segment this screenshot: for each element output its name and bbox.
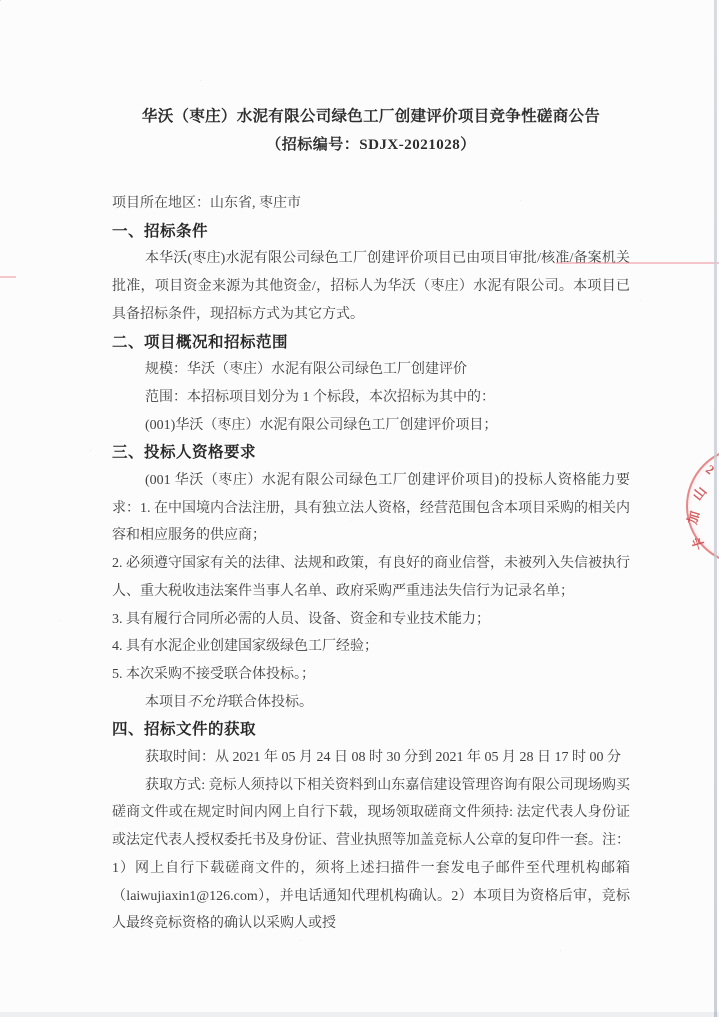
joint-bid-note-prefix: 本项目	[145, 695, 187, 710]
qualification-requirement-1: (001 华沃（枣庄）水泥有限公司绿色工厂创建评价项目)的投标人资格能力要求：1…	[112, 467, 630, 550]
seal-char: 加	[685, 509, 701, 525]
joint-bid-note-emphasis: 不允许	[187, 695, 229, 710]
scan-artifact-pink-line-right	[556, 262, 719, 264]
document-obtain-time-line: 获取时间：从 2021 年 05 月 24 日 08 时 30 分到 2021 …	[112, 744, 630, 772]
lot-001-line: (001)华沃（枣庄）水泥有限公司绿色工厂创建评价项目；	[112, 412, 630, 440]
document-obtain-method-paragraph: 获取方式: 竞标人须持以下相关资料到山东嘉信建设管理咨询有限公司现场购买磋商文件…	[112, 772, 630, 938]
qualification-requirement-3: 3. 具有履行合同所必需的人员、设备、资金和专业技术能力；	[112, 606, 630, 634]
project-location-line: 项目所在地区：山东省, 枣庄市	[112, 190, 630, 218]
qualification-requirement-4: 4. 具有水泥企业创建国家级绿色工厂经验；	[112, 633, 630, 661]
scan-noise	[0, 0, 1, 1]
section-4-heading: 四、招标文件的获取	[112, 716, 630, 744]
document-content: 华沃（枣庄）水泥有限公司绿色工厂创建评价项目竞争性磋商公告 （招标编号：SDJX…	[112, 0, 630, 938]
section-1-heading: 一、招标条件	[112, 218, 630, 246]
seal-char: 山	[690, 484, 708, 502]
joint-bid-note: 本项目不允许联合体投标。	[112, 689, 630, 717]
scan-page-edge-right	[714, 0, 717, 1017]
project-scope-line: 范围：本招标项目划分为 1 个标段，本次招标为其中的：	[112, 384, 630, 412]
qualification-requirement-2: 2. 必须遵守国家有关的法律、法规和政策，有良好的商业信誉，未被列入失信被执行人…	[112, 550, 630, 605]
scanned-document-page: 华沃（枣庄）水泥有限公司绿色工厂创建评价项目竞争性磋商公告 （招标编号：SDJX…	[0, 0, 719, 1017]
scan-page-edge-bottom	[0, 1012, 719, 1017]
tender-number: （招标编号：SDJX-2021028）	[112, 131, 630, 159]
section-1-paragraph: 本华沃(枣庄)水泥有限公司绿色工厂创建评价项目已由项目审批/核准/备案机关批准，…	[112, 245, 630, 328]
document-title: 华沃（枣庄）水泥有限公司绿色工厂创建评价项目竞争性磋商公告	[112, 103, 630, 131]
project-scale-line: 规模：华沃（枣庄）水泥有限公司绿色工厂创建评价	[112, 356, 630, 384]
joint-bid-note-suffix: 联合体投标。	[229, 695, 313, 710]
seal-char: 卡	[690, 535, 706, 551]
section-2-heading: 二、项目概况和招标范围	[112, 329, 630, 357]
section-3-heading: 三、投标人资格要求	[112, 439, 630, 467]
qualification-requirement-5: 5. 本次采购不接受联合体投标。；	[112, 661, 630, 689]
scan-artifact-pink-line-left	[0, 276, 16, 278]
